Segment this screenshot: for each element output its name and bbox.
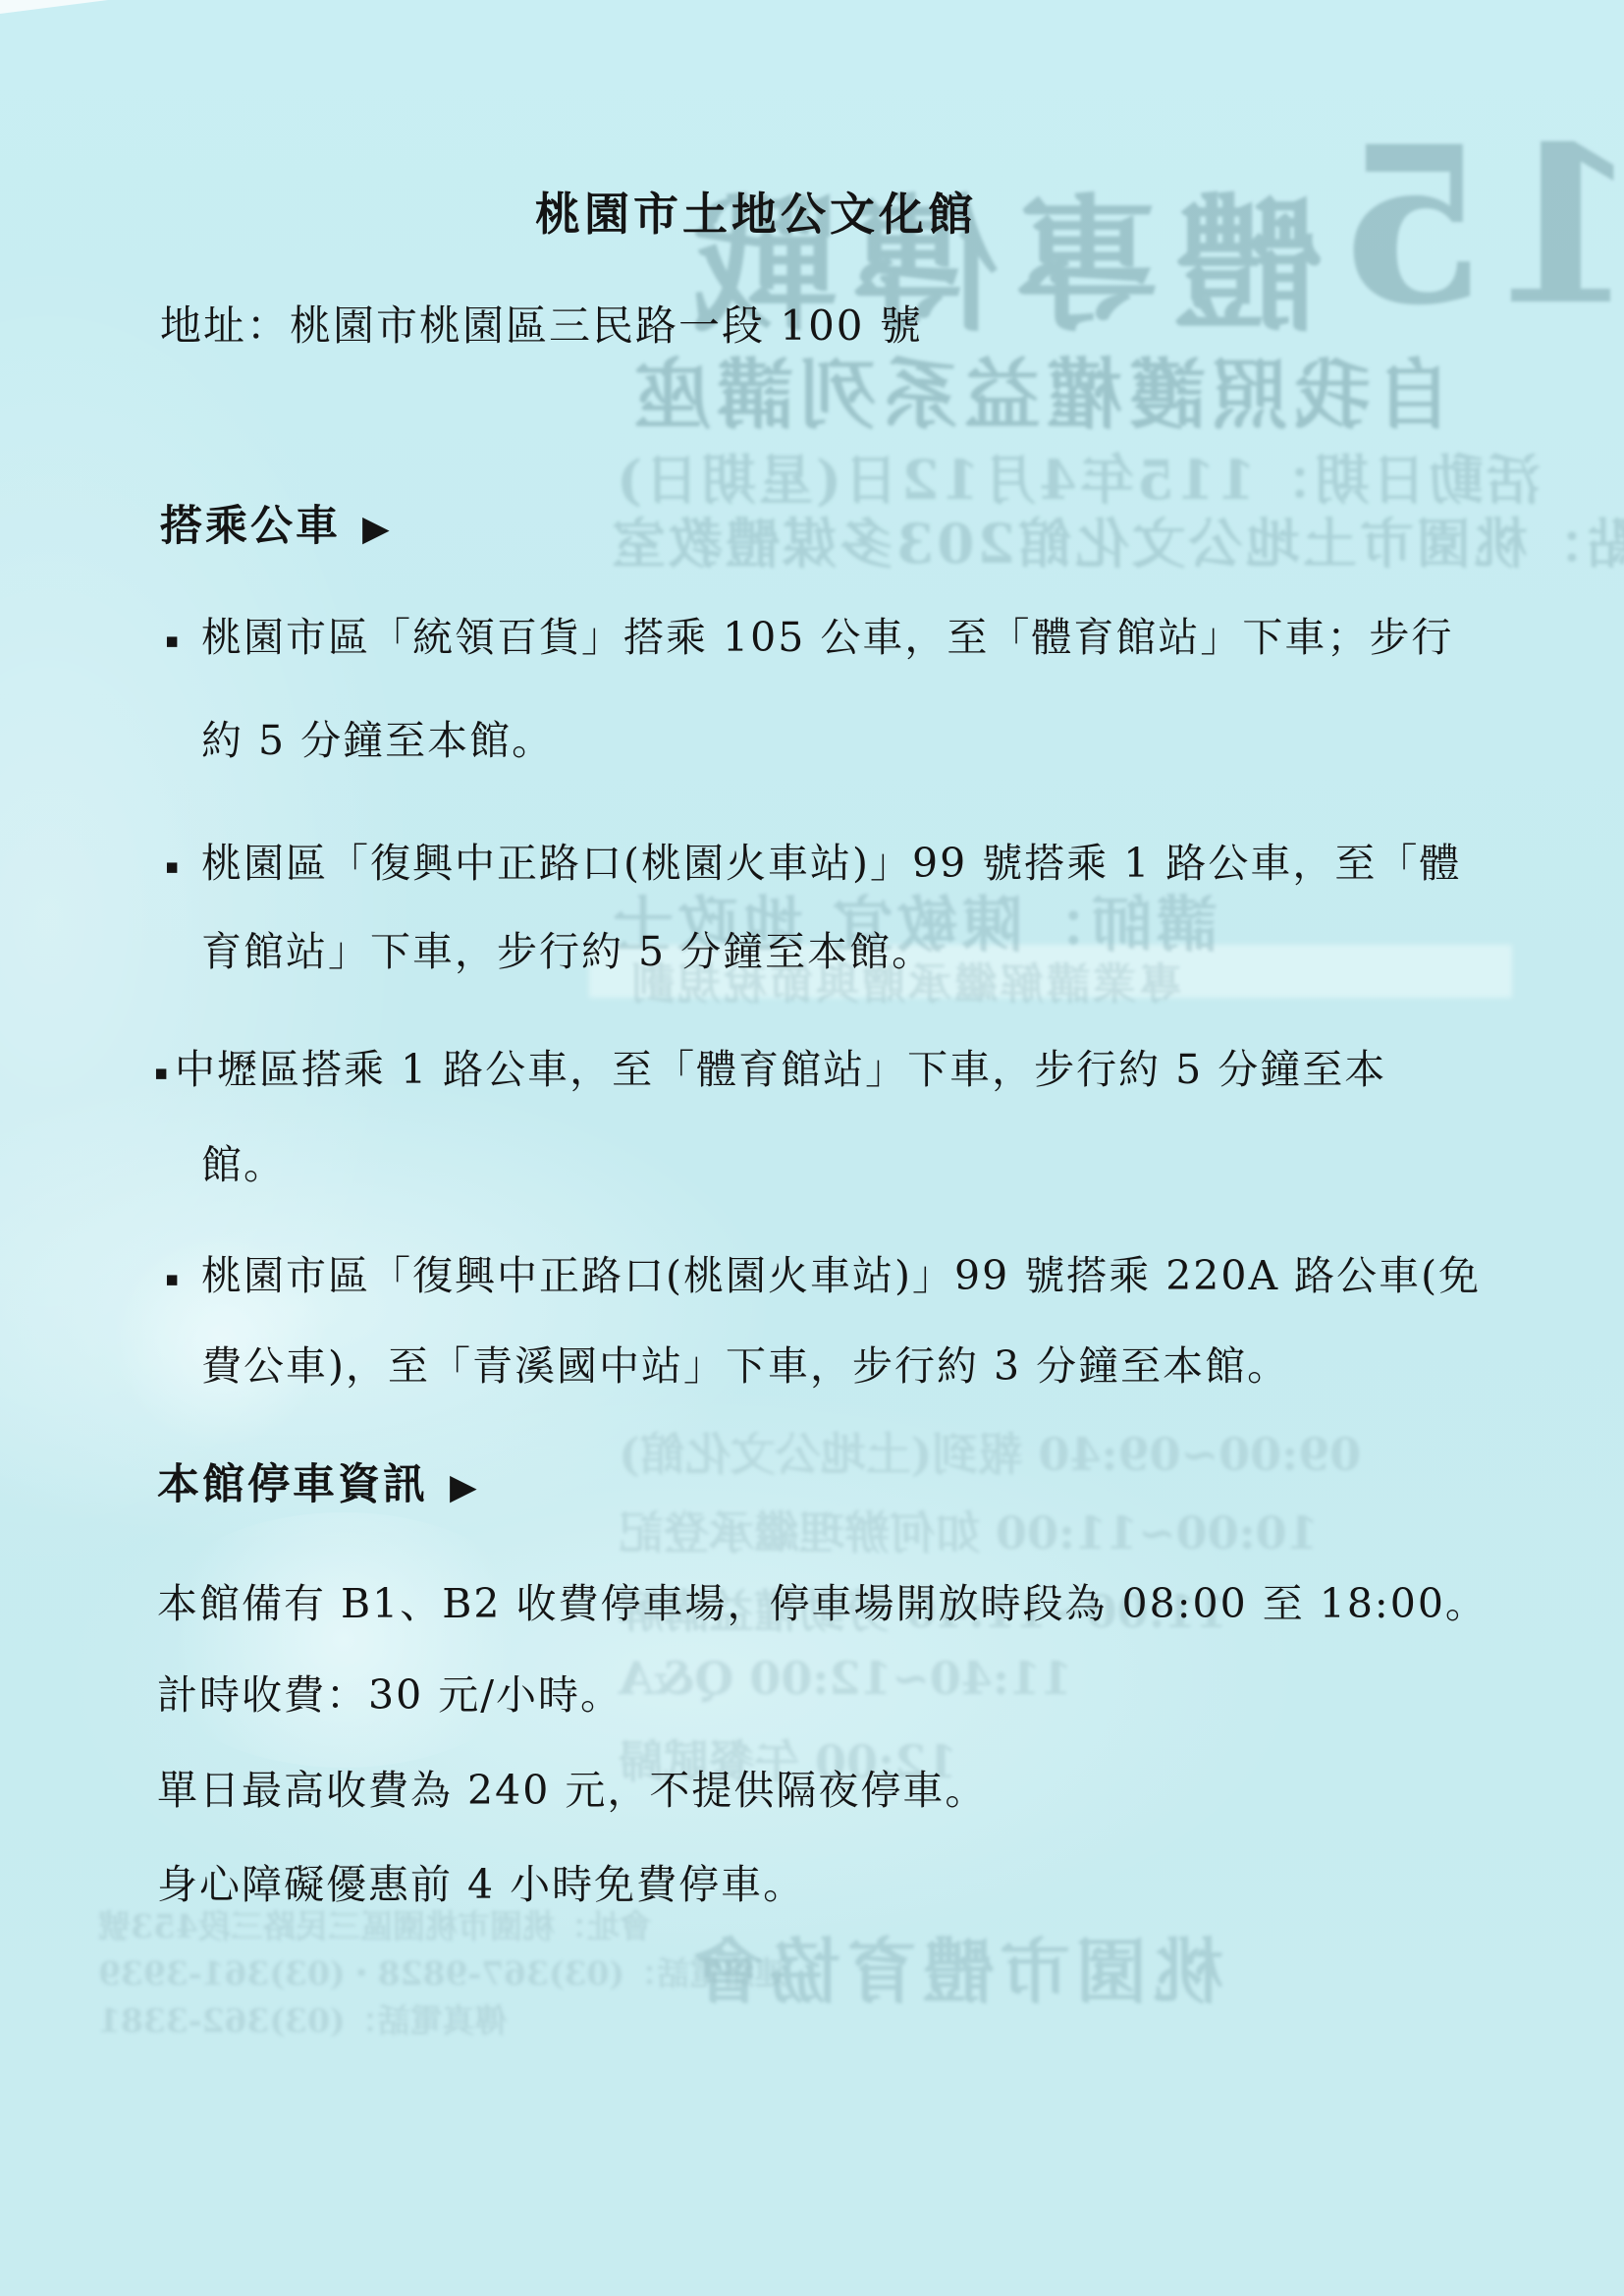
bus-section-heading-label: 搭乘公車 bbox=[160, 502, 341, 551]
bus-bullet-line: 費公車)，至「青溪國中站」下車，步行約 3 分鐘至本館。 bbox=[201, 1343, 1289, 1390]
parking-section-heading: 本館停車資訊▶ bbox=[157, 1461, 477, 1509]
bus-bullet-line: 館。 bbox=[201, 1142, 286, 1188]
parking-section-heading-label: 本館停車資訊 bbox=[157, 1460, 428, 1509]
bus-bullet-line: 中壢區搭乘 1 路公車，至「體育館站」下車，步行約 5 分鐘至本 bbox=[175, 1047, 1386, 1093]
bus-bullet-line: 桃園市區「復興中正路口(桃園火車站)」99 號搭乘 220A 路公車(免 bbox=[201, 1253, 1481, 1299]
parking-line: 身心障礙優惠前 4 小時免費停車。 bbox=[157, 1862, 805, 1908]
bus-bullet-line: 桃園市區「統領百貨」搭乘 105 公車，至「體育館站」下車；步行 bbox=[201, 615, 1453, 661]
bleedthrough-text: 自我照護權益系列講座 bbox=[628, 334, 1453, 444]
bus-bullet-line: 育館站」下車，步行約 5 分鐘至本館。 bbox=[201, 929, 934, 975]
address-line: 地址：桃園市桃園區三民路一段 100 號 bbox=[160, 302, 923, 350]
scanned-document-page: 體專傳戰 15 自我照護權益系列講座 活動日期：115年4月12日(星期日) 活… bbox=[0, 0, 1624, 2296]
bleedthrough-blob bbox=[137, 1512, 550, 1768]
bus-section-heading: 搭乘公車▶ bbox=[160, 503, 390, 551]
parking-line: 本館備有 B1、B2 收費停車場，停車場開放時段為 08:00 至 18:00。 bbox=[157, 1581, 1488, 1627]
bleedthrough-text: 活動地點：桃園市土地公文化館203多媒體教室 bbox=[609, 501, 1624, 578]
parking-line: 單日最高收費為 240 元，不提供隔夜停車。 bbox=[157, 1768, 987, 1814]
scan-corner-artifact bbox=[0, 0, 108, 14]
section-arrow-icon: ▶ bbox=[362, 508, 390, 549]
parking-line: 計時收費：30 元/小時。 bbox=[157, 1672, 623, 1719]
bleedthrough-text: 傳真電話：(03)362-3381 bbox=[98, 1995, 508, 2042]
bus-bullet-line: 桃園區「復興中正路口(桃園火車站)」99 號搭乘 1 路公車，至「體 bbox=[201, 841, 1461, 887]
bleedthrough-text: 09:00~09:40 報到(土地公文化館) bbox=[619, 1419, 1361, 1484]
bleedthrough-text: 10:00~11:00 如何辦理繼承登記 bbox=[619, 1498, 1319, 1562]
bullet-marker-icon: ▪ bbox=[165, 629, 179, 652]
bullet-marker-icon: ▪ bbox=[154, 1061, 168, 1084]
bus-bullet-line: 約 5 分鐘至本館。 bbox=[201, 718, 554, 764]
bleedthrough-text: 15 bbox=[1335, 98, 1624, 353]
bullet-marker-icon: ▪ bbox=[165, 854, 179, 878]
page-title: 桃園市土地公文化館 bbox=[535, 189, 977, 241]
section-arrow-icon: ▶ bbox=[450, 1466, 477, 1507]
bleedthrough-text: 連絡電話：(03)367-9828・(03)361-3939 bbox=[98, 1948, 786, 1995]
bleedthrough-text: 桃園市體育協會 bbox=[687, 1915, 1223, 2017]
bleedthrough-text: 活動日期：115年4月12日(星期日) bbox=[614, 437, 1541, 515]
bleedthrough-text: 11:40~12:00 Q&A bbox=[619, 1652, 1072, 1705]
bullet-marker-icon: ▪ bbox=[165, 1267, 179, 1290]
